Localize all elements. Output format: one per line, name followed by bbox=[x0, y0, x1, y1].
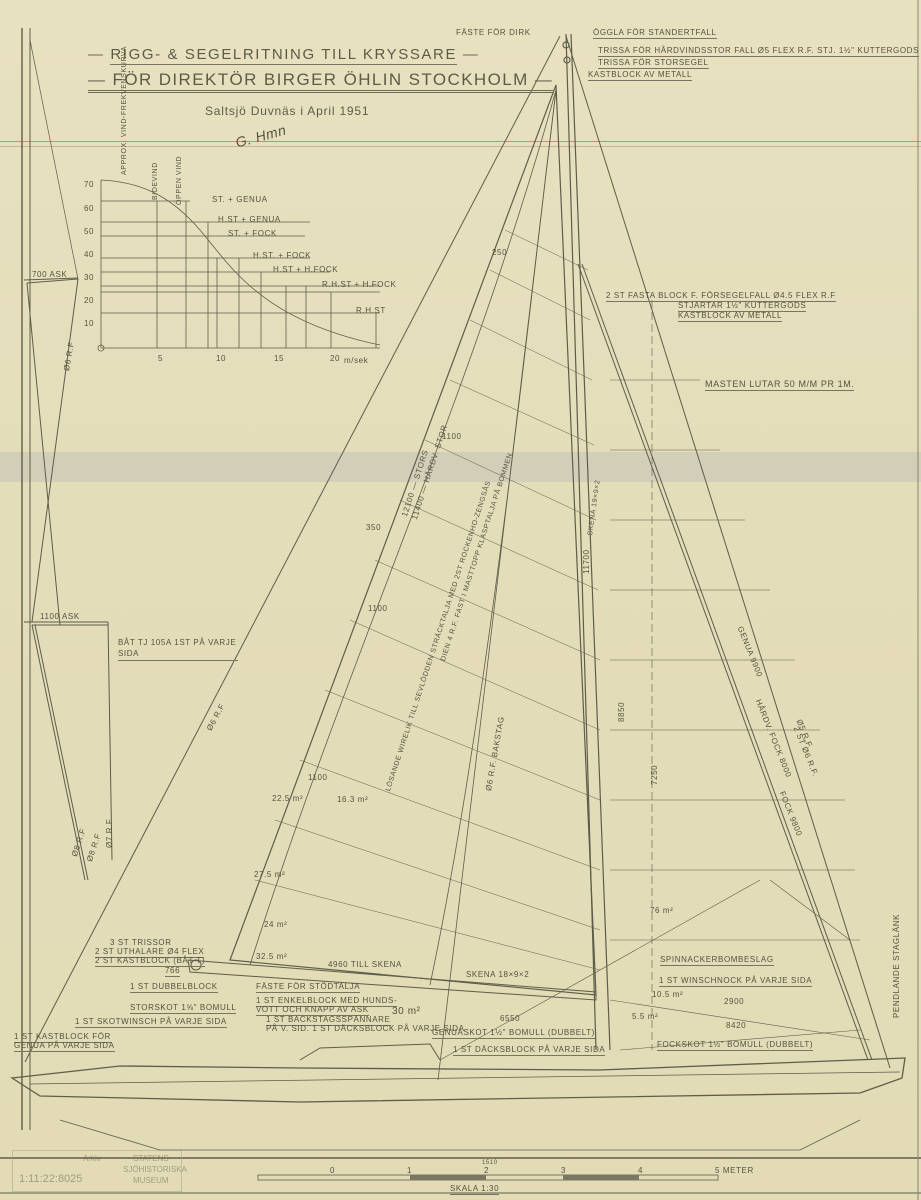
x-tick-20: 20 bbox=[330, 354, 340, 363]
stamp-line-3: MUSEUM bbox=[133, 1176, 169, 1185]
scale-tick-5: 5 METER bbox=[715, 1166, 754, 1175]
scale-bar bbox=[258, 1175, 718, 1180]
y-tick-70: 70 bbox=[84, 180, 94, 189]
drawing-title-line2: — FÖR DIREKTÖR BIRGER ÖHLIN STOCKHOLM — bbox=[88, 70, 553, 93]
x-tick-10: 10 bbox=[216, 354, 226, 363]
stamp-side: Arkiv bbox=[83, 1154, 101, 1163]
batten-1100-mid: 1100 bbox=[368, 604, 388, 613]
note-stodtalja: FÄSTE FÖR STÖDTALJA bbox=[256, 982, 360, 993]
area-16-3: 16.3 m² bbox=[337, 795, 368, 804]
curve-label: APPROX. VIND-FREKVENSKURVA bbox=[121, 46, 128, 175]
y-tick-60: 60 bbox=[84, 204, 94, 213]
y-tick-50: 50 bbox=[84, 227, 94, 236]
series-label-5: H.ST + H.FOCK bbox=[273, 265, 338, 274]
y-tick-30: 30 bbox=[84, 273, 94, 282]
batten-250: 250 bbox=[492, 248, 507, 257]
series-label-2: H.ST + GENUA bbox=[218, 215, 281, 224]
note-kastblock-bat: 2 ST KASTBLOCK (BÅT T) bbox=[95, 956, 205, 967]
note-kastblock: KASTBLOCK AV METALL bbox=[588, 70, 692, 81]
scale-tick-2: 2 bbox=[484, 1166, 489, 1175]
dim-6550: 6550 bbox=[500, 1014, 520, 1023]
note-pendlande-staglank: PENDLANDE STAGLÄNK bbox=[892, 914, 901, 1018]
spreader-note: BÅT TJ 105A 1ST PÅ VARJE SIDA bbox=[118, 637, 238, 661]
inner-shroud-label: ø7 R.F bbox=[105, 819, 114, 848]
oppen-vind-label: ÖPPEN VIND bbox=[176, 156, 183, 205]
note-storskot: STORSKOT 1⅝" BOMULL bbox=[130, 1003, 236, 1014]
x-tick-15: 15 bbox=[274, 354, 284, 363]
y-tick-10: 10 bbox=[84, 319, 94, 328]
note-skotwinsch: 1 ST SKOTWINSCH PÅ VARJE SIDA bbox=[75, 1017, 227, 1028]
series-label-3: ST. + FOCK bbox=[228, 229, 277, 238]
note-faste-dirk: FÄSTE FÖR DIRK bbox=[456, 28, 531, 37]
note-kastblock-genua-2: GENUA PÅ VARJE SIDA bbox=[14, 1041, 115, 1052]
scale-mid-mark: 1510 bbox=[482, 1160, 498, 1166]
note-dubbelblock: 1 ST DUBBELBLOCK bbox=[130, 982, 218, 993]
batten-1100-low: 1100 bbox=[308, 773, 328, 782]
stamp-line-2: SJÖHISTORISKA bbox=[123, 1165, 187, 1174]
mast bbox=[563, 34, 610, 1050]
boom-length-dim: 4960 TILL SKENA bbox=[328, 960, 402, 969]
stamp-line-1: STATENS bbox=[133, 1154, 169, 1163]
x-tick-5: 5 bbox=[158, 354, 163, 363]
museum-stamp: STATENS SJÖHISTORISKA MUSEUM Arkiv 1:11:… bbox=[12, 1150, 182, 1192]
area-10-5: 10.5 m² bbox=[652, 990, 683, 999]
scale-tick-3: 3 bbox=[561, 1166, 566, 1175]
series-label-1: ST. + GENUA bbox=[212, 195, 268, 204]
note-trissa-storsegel: TRISSA FÖR STORSEGEL bbox=[598, 58, 709, 69]
series-label-6: R.H.ST + H.FOCK bbox=[322, 280, 396, 289]
area-22-5: 22.5 m² bbox=[272, 794, 303, 803]
bidevind-label: BIDEVIND bbox=[152, 162, 159, 200]
dim-8420: 8420 bbox=[726, 1021, 746, 1030]
mast-rake-note: MASTEN LUTAR 50 m/m PR 1m. bbox=[705, 379, 854, 391]
area-30: 30 m² bbox=[392, 1006, 421, 1017]
dim-2900: 2900 bbox=[724, 997, 744, 1006]
y-tick-40: 40 bbox=[84, 250, 94, 259]
note-spinnackerbom: SPINNACKERBOMBESLAG bbox=[660, 955, 774, 966]
boom-track-spec: SKENA 18×9×2 bbox=[466, 970, 529, 979]
luff-rod-dim: 11700 bbox=[582, 549, 591, 574]
place-date: Saltsjö Duvnäs i April 1951 bbox=[205, 104, 369, 118]
pole-height-dim: 7250 bbox=[650, 765, 659, 785]
area-76: 76 m² bbox=[650, 906, 673, 915]
x-axis-label: m/sek bbox=[344, 356, 368, 365]
note-kastblock-2: KASTBLOCK AV METALL bbox=[678, 311, 782, 322]
note-genuaskot: GENUASKOT 1½" BOMULL (DUBBELT) bbox=[432, 1028, 595, 1039]
scale-label: SKALA 1:30 bbox=[450, 1184, 499, 1195]
stamp-number: 1:11:22:8025 bbox=[19, 1173, 82, 1185]
scale-tick-4: 4 bbox=[638, 1166, 643, 1175]
area-24: 24 m² bbox=[264, 920, 287, 929]
y-tick-20: 20 bbox=[84, 296, 94, 305]
upper-spreader-label: 700 ASK bbox=[32, 270, 67, 279]
note-winschnock: 1 ST WINSCHNOCK PÅ VARJE SIDA bbox=[659, 976, 812, 987]
area-32-5: 32.5 m² bbox=[256, 952, 287, 961]
note-standertfall: ÖGGLA FÖR STANDERTFALL bbox=[593, 28, 717, 39]
note-hardvindsstor: TRISSA FÖR HÅRDVINDSSTOR FALL ø5 FLEX R.… bbox=[598, 46, 919, 57]
hull bbox=[12, 1044, 905, 1150]
area-27-5: 27.5 m² bbox=[254, 870, 285, 879]
lower-spreader-label: 1100 ASK bbox=[40, 612, 80, 621]
note-3st-trissor: 3 ST TRISSOR bbox=[110, 938, 172, 947]
batten-350: 350 bbox=[366, 523, 381, 532]
note-fockskot: FOCKSKOT 1½" BOMULL (DUBBELT) bbox=[657, 1040, 813, 1051]
note-766: 766 bbox=[165, 966, 180, 977]
mast-height-dim: 8850 bbox=[617, 702, 626, 722]
scale-tick-0: 0 bbox=[330, 1166, 335, 1175]
series-label-4: H.ST. + FOCK bbox=[253, 251, 311, 260]
note-dacksblock: 1 ST DÄCKSBLOCK PÅ VARJE SIDA bbox=[453, 1045, 605, 1056]
drawing-title-line1: — RIGG- & SEGELRITNING TILL KRYSSARE — bbox=[88, 46, 479, 63]
area-5-5: 5.5 m² bbox=[632, 1012, 658, 1021]
series-label-8: R.H.ST bbox=[356, 306, 386, 315]
headsail bbox=[440, 300, 870, 1060]
scale-tick-1: 1 bbox=[407, 1166, 412, 1175]
